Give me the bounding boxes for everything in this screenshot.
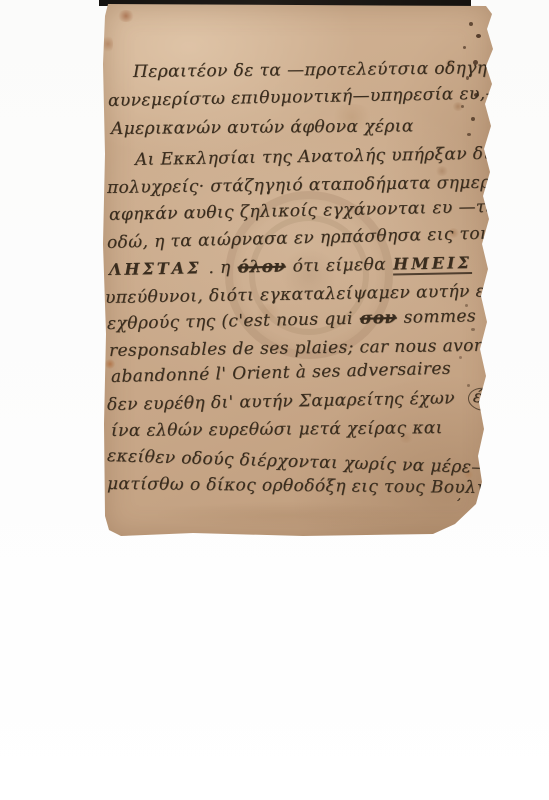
manuscript-paper: Περαιτέον δε τα —προτελεύτσια οδηγη και … xyxy=(103,4,494,538)
struck-through-word: σον xyxy=(360,310,397,328)
manuscript-line-12: abandonné l' Orient à ses adversaires xyxy=(111,361,451,386)
line-10-text: sommes xyxy=(403,308,476,327)
scanned-document: Περαιτέον δε τα —προτελεύτσια οδηγη και … xyxy=(0,0,549,800)
manuscript-line-6: αφηκάν αυθις ζηλικοίς εγχάνονται ευ —τε— xyxy=(109,199,513,224)
manuscript-line-5: πολυχρείς· στάζηγηιό αταποδήματα σημεραί… xyxy=(107,174,516,197)
line-8-text: ότι είμεθα xyxy=(292,257,386,276)
torn-edge-speckle xyxy=(471,328,475,331)
manuscript-line-14: ίνα ελθών ευρεθώσι μετά χείρας και xyxy=(111,420,443,440)
line-13-text: δεν ευρέθη δι' αυτήν Σαμαρείτης έχων xyxy=(107,390,455,414)
struck-through-word: όλον xyxy=(237,259,285,277)
circled-note: έλ xyxy=(467,386,500,413)
manuscript-line-3: Αμερικανών αυτών άφθονα χέρια xyxy=(111,118,414,138)
manuscript-line-10: εχθρούς της (c'est nous quiσονsommes xyxy=(107,308,483,333)
torn-edge-speckle xyxy=(471,117,475,121)
line-8-text: . η xyxy=(208,260,231,277)
torn-edge-speckle xyxy=(467,133,471,136)
manuscript-line-15: εκείθεν οδούς διέρχονται χωρίς να μέρε— xyxy=(107,448,489,477)
manuscript-line-7: οδώ, η τα αιώρνασα εν ηρπάσθησα εις τον xyxy=(107,226,491,252)
torn-edge-speckle xyxy=(469,22,473,26)
manuscript-line-4: Αι Εκκλησίαι της Ανατολής υπήρξαν δια xyxy=(135,146,503,169)
stain xyxy=(103,34,113,54)
stain xyxy=(117,10,135,22)
torn-edge-speckle xyxy=(467,384,470,387)
torn-edge-speckle xyxy=(461,105,464,108)
stray-pen-mark: ’ xyxy=(452,496,462,513)
torn-edge-speckle xyxy=(459,356,462,359)
manuscript-line-16: ματίσθω ο δίκος ορθοδόξη εις τους Βουλγα… xyxy=(107,476,536,497)
manuscript-line-2: αυνεμερίστω επιθυμοντική—υπηρεσία ευ,— xyxy=(108,85,503,110)
manuscript-line-11: responsables de ses plaies; car nous avo… xyxy=(109,338,495,360)
manuscript-line-1: Περαιτέον δε τα —προτελεύτσια οδηγη και xyxy=(133,60,524,81)
manuscript-line-8: ΛΗΣΤΑΣ. ηόλονότι είμεθαΗΜΕΙΣ xyxy=(109,255,479,281)
stain xyxy=(158,502,418,528)
torn-edge-speckle xyxy=(463,46,466,49)
word-listas: ΛΗΣΤΑΣ xyxy=(109,260,202,278)
manuscript-line-13: δεν ευρέθη δι' αυτήν Σαμαρείτης έχωνέλ xyxy=(107,387,499,418)
word-imeis-underlined: ΗΜΕΙΣ xyxy=(393,255,472,276)
manuscript-line-9: υπεύθυνοι, διότι εγκαταλείψαμεν αυτήν ει… xyxy=(105,282,549,307)
torn-edge-speckle xyxy=(476,34,481,38)
